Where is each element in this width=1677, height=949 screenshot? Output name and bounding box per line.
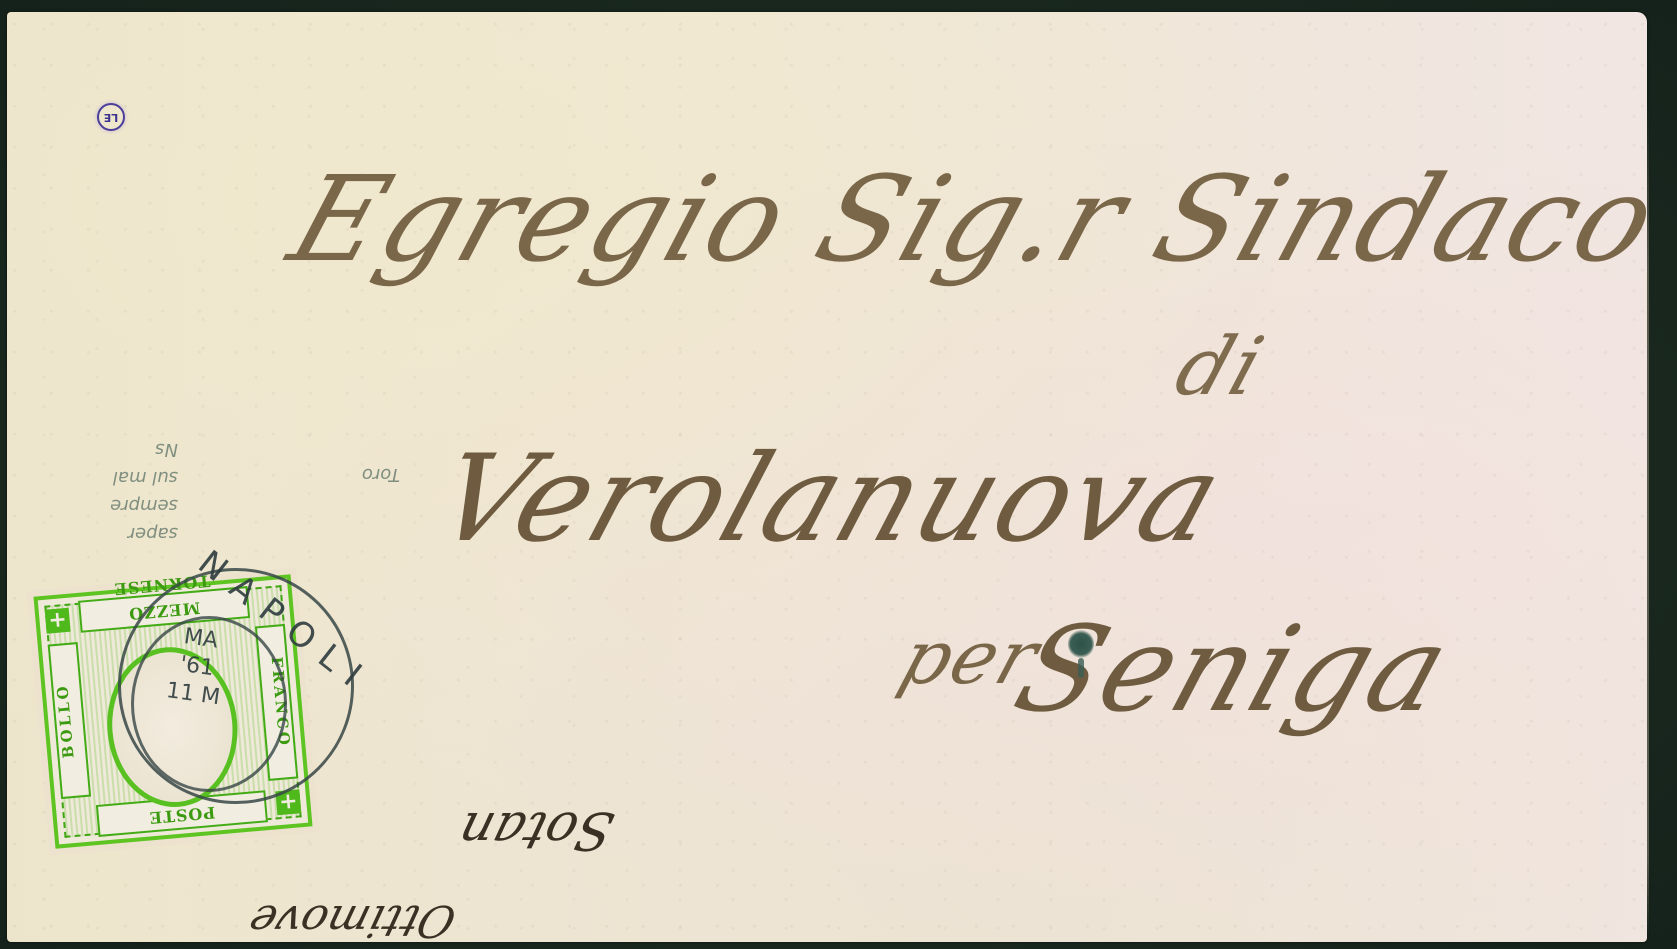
inverted-docket-text: Sotan <box>452 800 620 860</box>
cross-icon: + <box>45 608 71 634</box>
address-town: Verolanuova <box>420 430 1240 569</box>
ink-drip <box>1078 658 1084 678</box>
ink-blot <box>1068 630 1094 658</box>
pencil-note-line: sul mal <box>78 463 178 491</box>
circular-date-postmark: NAPOLI <box>118 568 354 804</box>
pencil-note-line: sempre <box>78 491 178 519</box>
inverted-docket-text: Ottimove <box>243 895 461 946</box>
pencil-note-line: saper <box>78 519 178 547</box>
address-salutation: Egregio Sig.r Sindaco <box>275 150 1675 288</box>
address-destination: Seniga <box>1000 600 1467 738</box>
pencil-note-mid: Toro <box>300 460 400 488</box>
collector-mark-stamp: LE <box>97 103 125 131</box>
pencil-note-line: Ns <box>78 435 178 463</box>
pencil-notes: saper sempre sul mal Ns <box>78 435 178 547</box>
